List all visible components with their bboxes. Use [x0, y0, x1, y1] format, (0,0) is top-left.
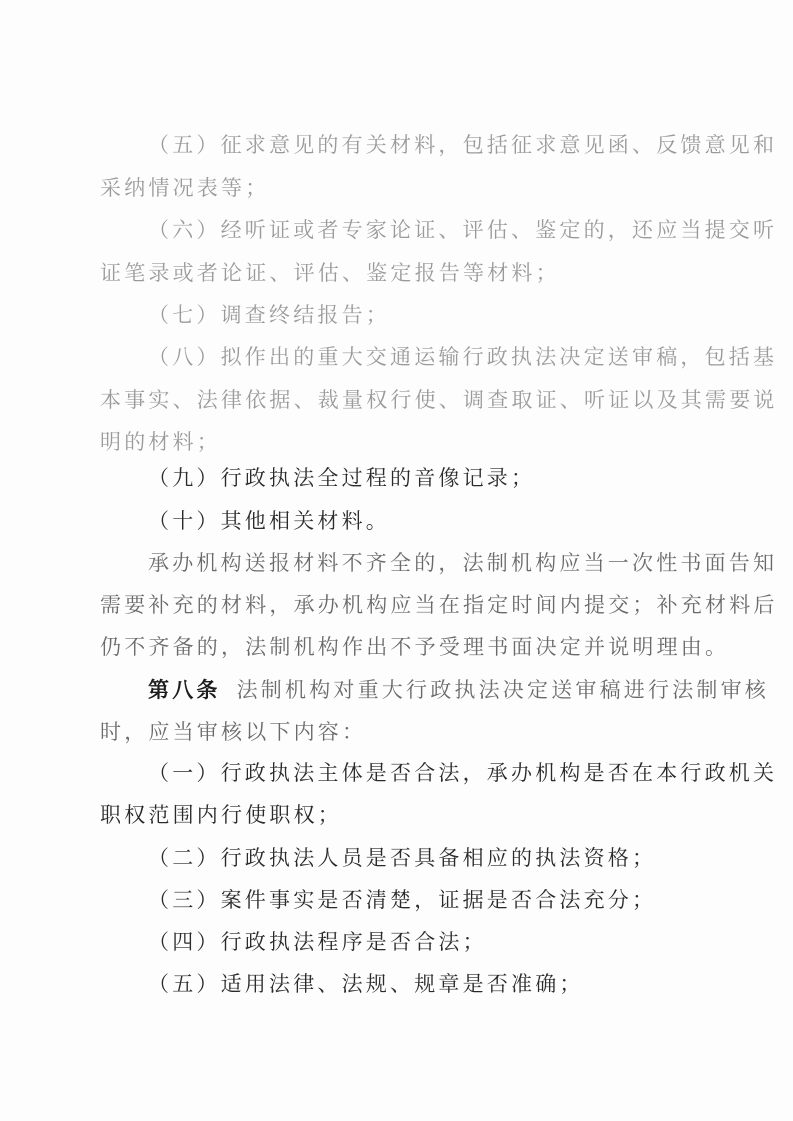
article-8-heading: 第八条法制机构对重大行政执法决定送审稿进行法制审核 [148, 675, 769, 705]
list-item-9: （九）行政执法全过程的音像记录； [148, 463, 535, 493]
list-item-6-line-2: 证笔录或者论证、评估、鉴定报告等材料； [100, 258, 560, 288]
paragraph-line-3: 仍不齐备的，法制机构作出不予受理书面决定并说明理由。 [100, 632, 729, 662]
article-8-line-2: 时，应当审核以下内容： [100, 717, 366, 747]
review-item-1-line-2: 职权范围内行使职权； [100, 800, 342, 830]
review-item-1-line-1: （一）行政执法主体是否合法，承办机构是否在本行政机关 [148, 758, 777, 788]
list-item-7: （七）调查终结报告； [148, 300, 390, 330]
review-item-5: （五）适用法律、法规、规章是否准确； [148, 969, 584, 999]
document-page: （五）征求意见的有关材料，包括征求意见函、反馈意见和 采纳情况表等； （六）经听… [0, 0, 793, 1121]
list-item-8-line-2: 本事实、法律依据、裁量权行使、调查取证、听证以及其需要说 [100, 385, 778, 415]
list-item-10: （十）其他相关材料。 [148, 506, 390, 536]
list-item-5-line-2: 采纳情况表等； [100, 173, 269, 203]
article-text: 法制机构对重大行政执法决定送审稿进行法制审核 [237, 678, 769, 702]
list-item-5-line-1: （五）征求意见的有关材料，包括征求意见函、反馈意见和 [148, 130, 777, 160]
review-item-2: （二）行政执法人员是否具备相应的执法资格； [148, 843, 656, 873]
review-item-4: （四）行政执法程序是否合法； [148, 927, 487, 957]
review-item-3: （三）案件事实是否清楚，证据是否合法充分； [148, 885, 656, 915]
paragraph-line-2: 需要补充的材料，承办机构应当在指定时间内提交；补充材料后 [100, 590, 778, 620]
list-item-6-line-1: （六）经听证或者专家论证、评估、鉴定的，还应当提交听 [148, 215, 777, 245]
article-label: 第八条 [148, 677, 221, 702]
paragraph-line-1: 承办机构送报材料不齐全的，法制机构应当一次性书面告知 [148, 548, 777, 578]
list-item-8-line-3: 明的材料； [100, 427, 221, 457]
list-item-8-line-1: （八）拟作出的重大交通运输行政执法决定送审稿，包括基 [148, 342, 777, 372]
